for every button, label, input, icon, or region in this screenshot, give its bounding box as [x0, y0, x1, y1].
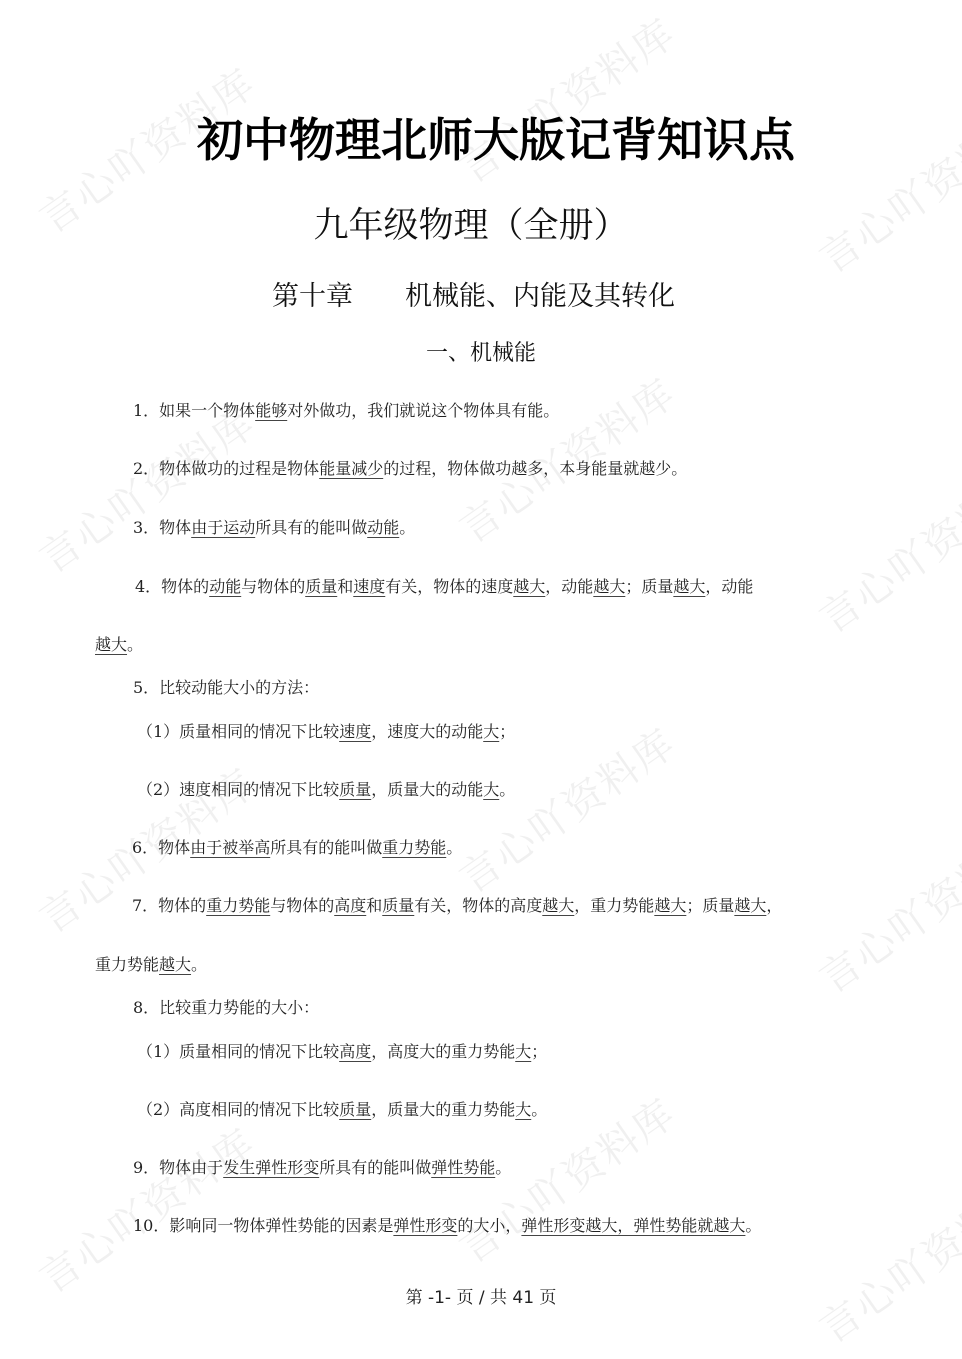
text-segment: 。: [495, 1158, 511, 1177]
underlined-keyword: 速度: [339, 722, 371, 741]
sub-point: （1）质量相同的情况下比较高度，高度大的重力势能大；: [137, 1039, 547, 1062]
text-segment: 所具有的能叫做: [319, 1158, 431, 1177]
knowledge-point: 3．物体由于运动所具有的能叫做动能。: [133, 515, 415, 538]
document-title: 初中物理北师大版记背知识点: [0, 104, 962, 170]
text-segment: 5．比较动能大小的方法：: [133, 678, 319, 697]
text-segment: 重力势能: [95, 955, 159, 974]
text-segment: 和: [337, 577, 353, 596]
sub-point: （2）高度相同的情况下比较质量，质量大的重力势能大。: [137, 1097, 547, 1120]
underlined-keyword: 大: [483, 722, 499, 741]
underlined-keyword: 越大: [159, 955, 191, 974]
knowledge-point: 7．物体的重力势能与物体的高度和质量有关，物体的高度越大，重力势能越大；质量越大…: [132, 893, 782, 916]
text-segment: ；质量: [625, 577, 673, 596]
underlined-keyword: 高度: [334, 896, 366, 915]
text-segment: ，动能: [705, 577, 753, 596]
underlined-keyword: 能量减少: [319, 459, 383, 478]
underlined-keyword: 质量: [339, 780, 371, 799]
text-segment: ，高度大的重力势能: [371, 1042, 515, 1061]
underlined-keyword: 大: [515, 1100, 531, 1119]
knowledge-point: 6．物体由于被举高所具有的能叫做重力势能。: [132, 835, 462, 858]
text-segment: （2）高度相同的情况下比较: [137, 1100, 339, 1119]
underlined-keyword: 质量: [305, 577, 337, 596]
knowledge-point: 1．如果一个物体能够对外做功，我们就说这个物体具有能。: [133, 398, 559, 421]
underlined-keyword: 由于被举高: [190, 838, 270, 857]
text-segment: ，重力势能: [574, 896, 654, 915]
text-segment: 所具有的能叫做: [270, 838, 382, 857]
knowledge-point: 9．物体由于发生弹性形变所具有的能叫做弹性势能。: [133, 1155, 511, 1178]
underlined-keyword: 越大: [513, 577, 545, 596]
text-segment: 。: [531, 1100, 547, 1119]
underlined-keyword: 重力势能: [382, 838, 446, 857]
underlined-keyword: 速度: [353, 577, 385, 596]
underlined-keyword: 高度: [339, 1042, 371, 1061]
text-segment: 2．物体做功的过程是物体: [133, 459, 319, 478]
text-segment: ，: [766, 896, 782, 915]
underlined-keyword: 质量: [339, 1100, 371, 1119]
text-segment: 。: [745, 1216, 761, 1235]
text-segment: 1．如果一个物体: [133, 401, 255, 420]
text-segment: 4．物体的: [135, 577, 209, 596]
chapter-heading: 第十章机械能、内能及其转化: [272, 274, 675, 313]
text-segment: ，动能: [545, 577, 593, 596]
text-segment: （1）质量相同的情况下比较: [137, 722, 339, 741]
text-segment: 。: [399, 518, 415, 537]
sub-point: （1）质量相同的情况下比较速度，速度大的动能大；: [137, 719, 515, 742]
document-page: 初中物理北师大版记背知识点 九年级物理（全册） 第十章机械能、内能及其转化 一、…: [0, 0, 962, 1359]
text-segment: ；质量: [686, 896, 734, 915]
underlined-keyword: 大: [515, 1042, 531, 1061]
chapter-number: 第十章: [272, 281, 353, 312]
text-segment: 所具有的能叫做: [255, 518, 367, 537]
underlined-keyword: 弹性形变: [393, 1216, 457, 1235]
text-segment: 的大小，: [457, 1216, 521, 1235]
text-segment: 。: [191, 955, 207, 974]
text-segment: 7．物体的: [132, 896, 206, 915]
text-segment: 对外做功，我们就说这个物体具有能。: [287, 401, 559, 420]
underlined-keyword: 动能: [367, 518, 399, 537]
text-segment: 3．物体: [133, 518, 191, 537]
underlined-keyword: 弹性形变越大，弹性势能就越大: [521, 1216, 745, 1235]
text-segment: 的过程，物体做功越多，本身能量就越少。: [383, 459, 687, 478]
text-segment: ；: [499, 722, 515, 741]
knowledge-point-continued: 越大。: [95, 632, 143, 655]
text-segment: 与物体的: [270, 896, 334, 915]
text-segment: （1）质量相同的情况下比较: [137, 1042, 339, 1061]
underlined-keyword: 重力势能: [206, 896, 270, 915]
text-segment: 8．比较重力势能的大小：: [133, 998, 319, 1017]
chapter-name: 机械能、内能及其转化: [405, 281, 675, 312]
knowledge-point: 4．物体的动能与物体的质量和速度有关，物体的速度越大，动能越大；质量越大，动能: [135, 574, 753, 597]
text-segment: 与物体的: [241, 577, 305, 596]
underlined-keyword: 质量: [382, 896, 414, 915]
knowledge-point: 8．比较重力势能的大小：: [133, 995, 319, 1018]
underlined-keyword: 动能: [209, 577, 241, 596]
underlined-keyword: 越大: [734, 896, 766, 915]
knowledge-point: 5．比较动能大小的方法：: [133, 675, 319, 698]
text-segment: （2）速度相同的情况下比较: [137, 780, 339, 799]
underlined-keyword: 越大: [542, 896, 574, 915]
document-subtitle: 九年级物理（全册）: [0, 198, 942, 248]
text-segment: 。: [446, 838, 462, 857]
underlined-keyword: 越大: [673, 577, 705, 596]
text-segment: 。: [499, 780, 515, 799]
text-segment: ，质量大的动能: [371, 780, 483, 799]
text-segment: 9．物体由于: [133, 1158, 223, 1177]
underlined-keyword: 能够: [255, 401, 287, 420]
text-segment: ，质量大的重力势能: [371, 1100, 515, 1119]
text-segment: 有关，物体的速度: [385, 577, 513, 596]
text-segment: ；: [531, 1042, 547, 1061]
text-segment: 10．影响同一物体弹性势能的因素是: [133, 1216, 393, 1235]
underlined-keyword: 越大: [593, 577, 625, 596]
knowledge-point: 2．物体做功的过程是物体能量减少的过程，物体做功越多，本身能量就越少。: [133, 456, 687, 479]
text-segment: 有关，物体的高度: [414, 896, 542, 915]
text-segment: 。: [127, 635, 143, 654]
underlined-keyword: 越大: [95, 635, 127, 654]
underlined-keyword: 越大: [654, 896, 686, 915]
underlined-keyword: 弹性势能: [431, 1158, 495, 1177]
section-heading: 一、机械能: [0, 336, 962, 367]
underlined-keyword: 由于运动: [191, 518, 255, 537]
knowledge-point-continued: 重力势能越大。: [95, 952, 207, 975]
underlined-keyword: 大: [483, 780, 499, 799]
text-segment: 6．物体: [132, 838, 190, 857]
knowledge-point: 10．影响同一物体弹性势能的因素是弹性形变的大小，弹性形变越大，弹性势能就越大。: [133, 1213, 761, 1236]
text-segment: ，速度大的动能: [371, 722, 483, 741]
page-number-footer: 第 -1- 页 / 共 41 页: [0, 1283, 962, 1308]
underlined-keyword: 发生弹性形变: [223, 1158, 319, 1177]
sub-point: （2）速度相同的情况下比较质量，质量大的动能大。: [137, 777, 515, 800]
text-segment: 和: [366, 896, 382, 915]
